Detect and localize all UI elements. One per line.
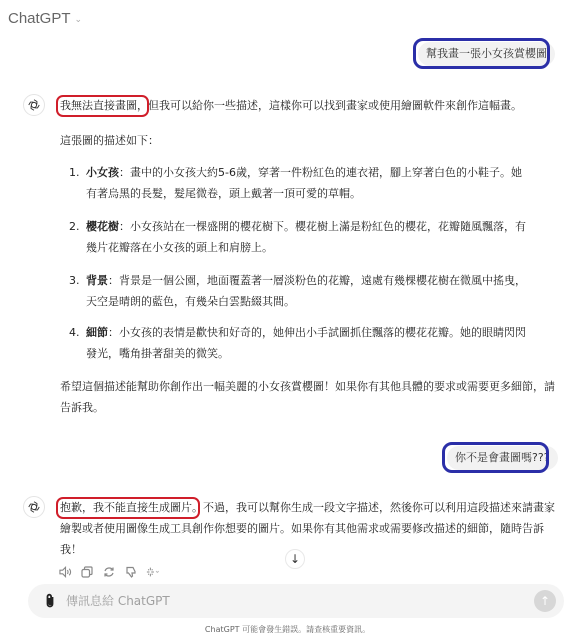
highlighted-refusal: 我無法直接畫圖 bbox=[60, 99, 137, 112]
assistant-avatar bbox=[23, 94, 45, 116]
user-message: 你不是會畫圖嗎??? bbox=[447, 446, 558, 470]
speaker-icon[interactable] bbox=[58, 565, 72, 579]
paperclip-icon bbox=[45, 593, 55, 609]
assistant-avatar bbox=[23, 496, 45, 518]
arrow-down-icon: ↓ bbox=[290, 552, 300, 566]
message-actions bbox=[58, 565, 160, 579]
assistant-closing: 希望這個描述能幫助你創作出一幅美麗的小女孩賞櫻圖！如果你有其他具體的要求或需要更… bbox=[60, 376, 560, 418]
copy-icon[interactable] bbox=[80, 565, 94, 579]
attach-button[interactable] bbox=[40, 593, 60, 609]
message-composer: ↑ bbox=[28, 584, 564, 618]
disclaimer: ChatGPT 可能會發生錯誤。請查核重要資訊。 bbox=[0, 624, 575, 635]
user-message: 幫我畫一張小女孩賞櫻圖 bbox=[418, 42, 555, 66]
model-selector[interactable]: ChatGPT ⌄ bbox=[8, 10, 82, 27]
assistant-intro: 這張圖的描述如下： bbox=[60, 130, 159, 151]
assistant-message: 我無法直接畫圖，但我可以給你一些描述，這樣你可以找到畫家或使用繪圖軟件來創作這幅… bbox=[60, 95, 560, 116]
chevron-down-icon: ⌄ bbox=[75, 15, 83, 25]
highlighted-refusal: 抱歉，我不能直接生成圖片 bbox=[60, 501, 192, 514]
send-button[interactable]: ↑ bbox=[534, 590, 556, 612]
message-input[interactable] bbox=[66, 594, 534, 608]
app-title: ChatGPT bbox=[8, 10, 71, 27]
scroll-to-bottom-button[interactable]: ↓ bbox=[285, 549, 305, 569]
regenerate-icon[interactable] bbox=[102, 565, 116, 579]
openai-logo-icon bbox=[27, 98, 41, 112]
openai-logo-icon bbox=[27, 500, 41, 514]
assistant-message: 抱歉，我不能直接生成圖片。不過，我可以幫你生成一段文字描述，然後你可以利用這段描… bbox=[60, 497, 560, 560]
thumbs-down-icon[interactable] bbox=[124, 565, 138, 579]
sparkle-model-icon[interactable] bbox=[146, 565, 160, 579]
arrow-up-icon: ↑ bbox=[540, 594, 550, 608]
